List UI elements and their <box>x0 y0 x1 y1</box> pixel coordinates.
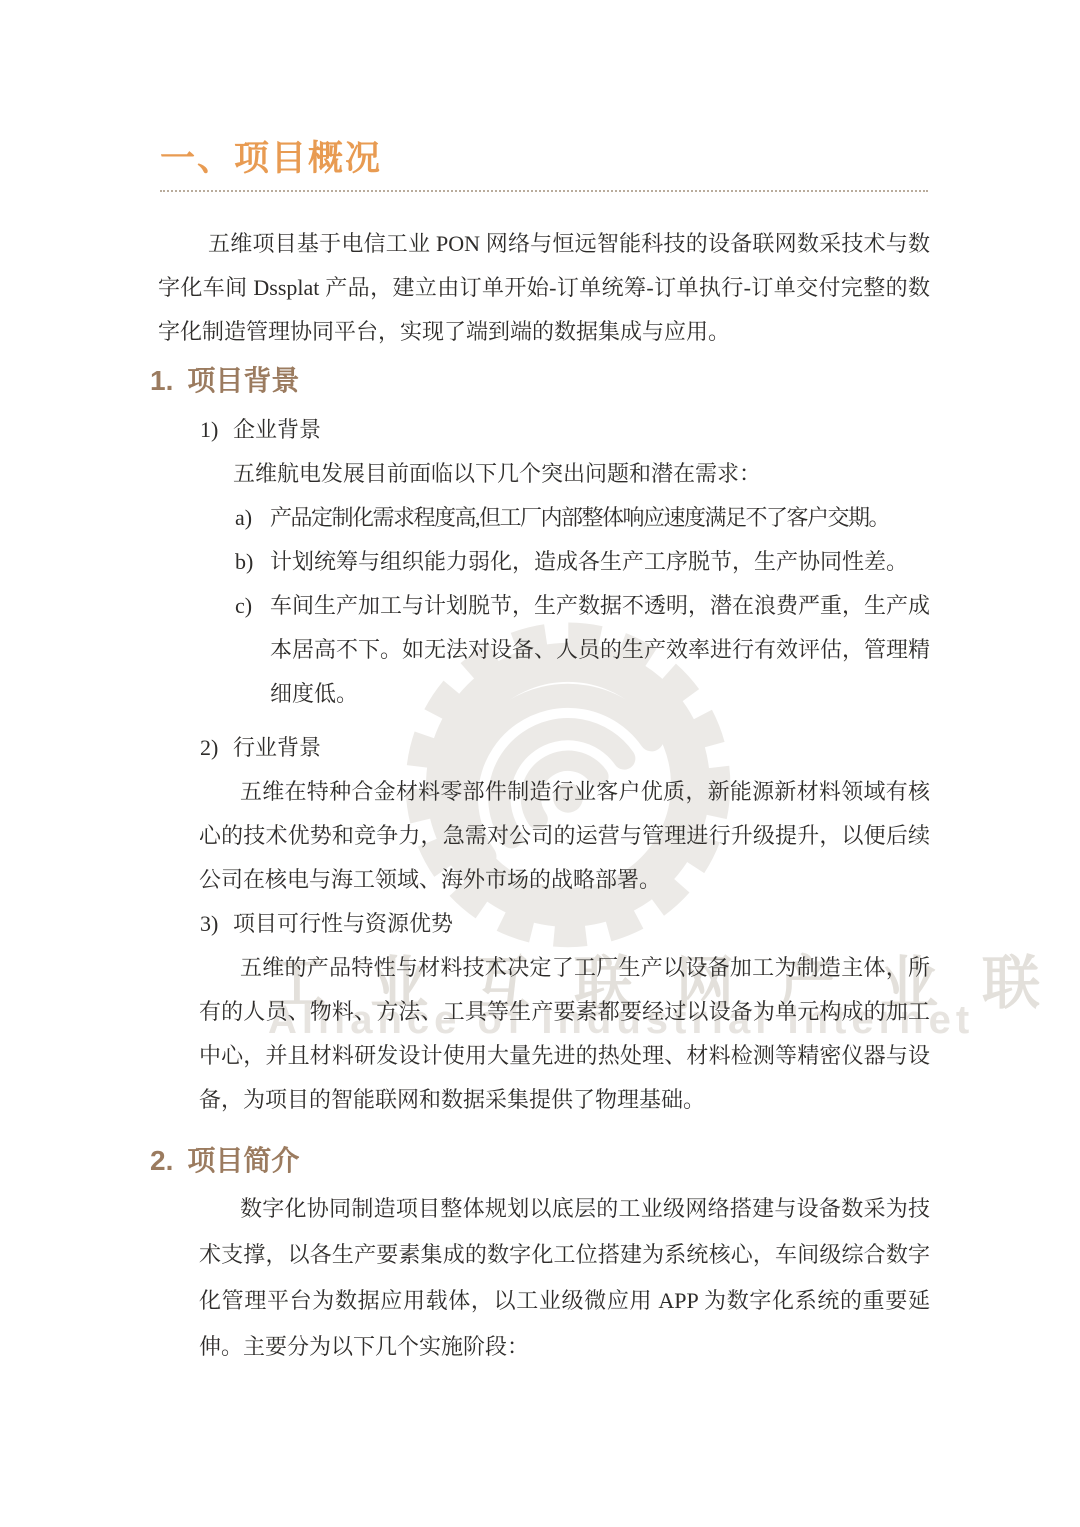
list-item-title: 项目可行性与资源优势 <box>233 911 453 936</box>
sub-item-marker: b) <box>235 540 253 584</box>
sub-item-b: b) 计划统筹与组织能力弱化，造成各生产工序脱节，生产协同性差。 <box>150 540 930 584</box>
document-title: 一、项目概况 <box>160 138 928 180</box>
list-item-marker: 2) <box>200 726 218 770</box>
list-item-marker: 1) <box>200 408 218 452</box>
sub-item-marker: a) <box>235 496 252 540</box>
enterprise-lead-text: 五维航电发展目前面临以下几个突出问题和潜在需求： <box>150 452 930 496</box>
sub-item-text: 车间生产加工与计划脱节，生产数据不透明，潜在浪费严重，生产成本居高不下。如无法对… <box>270 593 930 706</box>
section-1-number: 1. <box>150 365 173 396</box>
title-block: 一、项目概况 <box>160 138 928 192</box>
project-intro-paragraph: 数字化协同制造项目整体规划以底层的工业级网络搭建与设备数采为技术支撑，以各生产要… <box>150 1186 930 1370</box>
list-item-title: 行业背景 <box>233 735 321 760</box>
sub-item-text: 产品定制化需求程度高,但工厂内部整体响应速度满足不了客户交期。 <box>270 505 889 530</box>
list-item-industry-background: 2) 行业背景 <box>150 726 930 770</box>
section-2-number: 2. <box>150 1145 173 1176</box>
list-item-marker: 3) <box>200 902 218 946</box>
sub-item-c: c) 车间生产加工与计划脱节，生产数据不透明，潜在浪费严重，生产成本居高不下。如… <box>150 584 930 716</box>
sub-item-text: 计划统筹与组织能力弱化，造成各生产工序脱节，生产协同性差。 <box>270 549 908 574</box>
document-page: 工业互联网产业联盟 Alliance of Industrial Interne… <box>0 0 1080 1527</box>
document-content: 一、项目概况 五维项目基于电信工业 PON 网络与恒远智能科技的设备联网数采技术… <box>150 0 930 1370</box>
list-item-enterprise-background: 1) 企业背景 <box>150 408 930 452</box>
section-1-title: 项目背景 <box>187 365 299 396</box>
industry-background-paragraph: 五维在特种合金材料零部件制造行业客户优质，新能源新材料领域有核心的技术优势和竞争… <box>150 770 930 902</box>
intro-paragraph: 五维项目基于电信工业 PON 网络与恒远智能科技的设备联网数采技术与数字化车间 … <box>158 222 930 354</box>
sub-item-a: a) 产品定制化需求程度高,但工厂内部整体响应速度满足不了客户交期。 <box>150 496 930 540</box>
section-1-heading: 1.项目背景 <box>150 364 930 398</box>
list-item-feasibility: 3) 项目可行性与资源优势 <box>150 902 930 946</box>
feasibility-paragraph: 五维的产品特性与材料技术决定了工厂生产以设备加工为制造主体，所有的人员、物料、方… <box>150 946 930 1122</box>
section-2-heading: 2.项目简介 <box>150 1144 930 1178</box>
list-item-title: 企业背景 <box>233 417 321 442</box>
section-2-title: 项目简介 <box>187 1145 299 1176</box>
sub-item-marker: c) <box>235 584 252 628</box>
